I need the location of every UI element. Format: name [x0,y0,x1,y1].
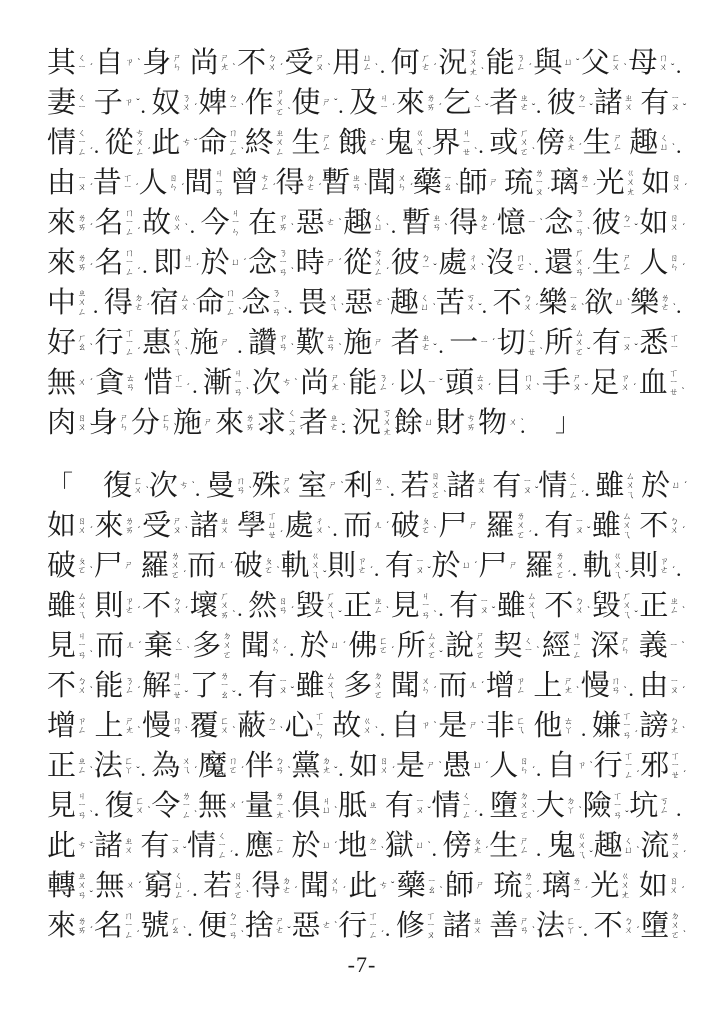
hanzi: 破 [47,552,76,581]
punctuation: . [676,55,687,83]
tone-mark: ˋ [590,762,593,772]
char-cell: 趣ㄑㄩˋ [629,123,676,163]
tone-mark: ˋ [90,344,93,354]
zhuyin-letter: ㄨ [78,686,87,696]
char-cell: 令ㄌㄧㄥˋ [151,786,198,826]
hanzi: 多 [192,632,221,661]
zhuyin-letter: ㄞ [220,611,229,621]
punctuation: . [676,558,687,586]
zhuyin-annotation: ㄐㄧㄢˋ [421,592,431,621]
zhuyin-letter: ㄜ [322,921,331,931]
hanzi: 師 [458,169,487,198]
zhuyin-annotation: ㄦˊ [468,681,478,691]
char-cell: 及ㄐㄧˊ [349,83,396,123]
zhuyin-annotation: ㄏㄨㄟˇ [326,592,336,621]
zhuyin-annotation: ㄕㄥ [519,837,529,856]
hanzi: 婢 [198,89,227,118]
zhuyin-letter: ㄨ [182,103,191,113]
zhuyin-annotation: ㄇㄢˋ [236,477,246,496]
zhuyin-letter: ㄞ [78,263,87,273]
zhuyin-letter: ㄧ [577,103,586,113]
tone-mark: ˊ [381,931,384,941]
quote-bracket: 」 [555,410,587,436]
zhuyin-letter: ㄨ [659,63,668,73]
zhuyin-letter: ㄞ [246,423,255,433]
tone-mark: ˊ [90,148,93,158]
tone-mark: ˇ [535,487,538,497]
hanzi: 慢 [142,712,171,741]
hanzi: 魔 [198,752,227,781]
zhuyin-annotation: ㄗˋ [577,761,587,771]
zhuyin-annotation: ㄕ [475,881,485,891]
tone-mark: ˇ [391,882,394,892]
char-cell: 母ㄇㄨˇ [628,43,676,83]
tone-mark: ˋ [327,527,330,537]
zhuyin-annotation: ㄗˋ [125,58,135,68]
hanzi: 於 [291,832,320,861]
hanzi: 有 [140,832,169,861]
tone-mark: ˋ [238,308,241,318]
char-cell: 餓ㄜˋ [338,123,385,163]
char-cell: 人ㄖㄣˊ [489,746,536,786]
hanzi: 者 [299,409,328,438]
zhuyin-annotation: ㄒㄧㄥˊ [368,912,378,941]
zhuyin-letter: ㄤ [275,811,284,821]
text-line: 來ㄌㄞˊ名ㄇㄧㄥˊ.即ㄐㄧˊ於ㄩˊ念ㄋㄧㄢˋ時ㄕˊ從ㄘㄨㄥˊ彼ㄅㄧˇ處ㄔㄨˋ沒ㄇ… [47,243,687,283]
char-cell: 足ㄗㄨˊ [590,363,638,403]
paragraph: 其ㄑㄧˊ自ㄗˋ身ㄕㄣ尚ㄕㄤˋ不ㄅㄨˊ受ㄕㄡˋ用ㄩㄥˋ.何ㄏㄜˊ況ㄎㄨㄤˋ能ㄋㄥˊ… [47,43,687,443]
zhuyin-letter: ㄨ [124,846,133,856]
zhuyin-letter: ㄧ [580,183,589,193]
char-cell: 伴ㄅㄢˋ [245,746,292,786]
tone-mark: ˊ [90,224,93,234]
tone-mark: ˋ [338,344,341,354]
tone-mark: ˊ [230,851,233,861]
tone-mark: ˇ [635,344,638,354]
tone-mark: ˋ [455,184,458,194]
hanzi: 念 [248,249,277,278]
zhuyin-letter: ㄢ [279,343,288,353]
char-cell: 子ㄗˇ [94,83,141,123]
tone-mark: ˋ [532,811,535,821]
zhuyin-letter: ㄞ [78,223,87,233]
hanzi: 邪 [640,752,669,781]
tone-mark: ˋ [375,727,378,737]
hanzi: 此 [47,832,76,861]
hanzi: 棄 [144,632,173,661]
tone-mark: ˇ [323,571,326,581]
char-cell: 義ㄧˋ [639,626,687,666]
punctuation: . [187,918,198,946]
zhuyin-annotation: ㄘㄨㄥˊ [135,129,145,158]
hanzi: 行 [338,912,367,941]
char-cell: 墮ㄉㄨㄛˋ [640,906,687,946]
zhuyin-letter: ㄢ [173,726,182,736]
zhuyin-letter: ㄗ [577,761,586,771]
hanzi: 施 [173,409,202,438]
zhuyin-letter: ㄢ [326,343,335,353]
hanzi: 毀 [592,592,621,621]
zhuyin-annotation: ㄏㄨㄛˋ [519,129,529,158]
zhuyin-letter: ㄥ [520,846,529,856]
tone-mark: ˇ [427,148,430,158]
char-cell: 不ㄅㄨˊ [493,283,539,323]
zhuyin-annotation: ㄖㄨㄛˋ [233,872,243,901]
zhuyin-annotation: ㄓㄢˋ [432,214,442,233]
zhuyin-letter: ㄥ [670,606,679,616]
zhuyin-annotation: ㄑㄧˋ [174,637,184,656]
hanzi: 軌 [280,552,309,581]
zhuyin-letter: ㄦ [469,681,478,691]
zhuyin-annotation: ㄉㄨㄛˋ [670,912,680,941]
hanzi: 暫 [402,209,431,238]
hanzi: 無 [47,369,76,398]
zhuyin-letter: ㄟ [577,851,586,861]
char-cell: 諸ㄓㄨ [443,906,490,946]
hanzi: 何 [391,49,420,78]
hanzi: 雖 [592,512,621,541]
tone-mark: ˋ [137,59,140,69]
zhuyin-letter: ㄛ [431,491,440,501]
hanzi: 生 [583,129,612,158]
zhuyin-annotation: ㄔㄨˋ [468,254,478,273]
punctuation: . [234,838,245,866]
hanzi: 足 [590,369,619,398]
zhuyin-annotation: ㄓㄜˇ [519,94,529,113]
punctuation: . [536,758,547,786]
zhuyin-annotation: ㄏㄨㄞˋ [220,592,230,621]
zhuyin-letter: ㄟ [182,766,191,776]
zhuyin-letter: ㄨ [575,606,584,616]
zhuyin-annotation: ㄆㄛˋ [264,557,274,576]
tone-mark: ˇ [439,651,442,661]
zhuyin-annotation: ㄇㄛˊ [228,757,238,776]
hanzi: 然 [248,592,277,621]
zhuyin-letter: ㄡ [415,566,424,576]
zhuyin-letter: ㄝ [527,348,536,358]
zhuyin-annotation: ㄆㄤˊ [473,837,483,856]
zhuyin-letter: ㄟ [613,571,622,581]
hanzi: 殊 [252,472,281,501]
tone-mark: ˊ [318,184,321,194]
hanzi: 是 [438,712,467,741]
tone-mark: ˋ [343,384,346,394]
char-cell: 念ㄋㄧㄢˋ [241,283,287,323]
char-cell: 惡ㄜˋ [344,283,390,323]
zhuyin-letter: ㄛ [427,651,436,661]
zhuyin-annotation: ㄈㄨˋ [220,717,230,736]
char-cell: 情ㄑㄧㄥˊ [47,123,94,163]
zhuyin-annotation: ㄏㄨㄟˇ [622,592,632,621]
tone-mark: ˊ [410,184,413,194]
char-cell: 或ㄏㄨㄛˋ [489,123,536,163]
zhuyin-letter: ㄟ [622,611,631,621]
zhuyin-letter: ㄤ [322,766,331,776]
char-cell: 者ㄓㄜˇ [391,323,439,363]
zhuyin-annotation: ㄌㄞˊ [426,94,436,113]
zhuyin-letter: ㄩ [231,258,240,268]
char-cell: 復ㄈㄨˋ [103,466,149,506]
zhuyin-letter: ㄧ [78,63,87,73]
char-cell: 物ㄨˋ [478,403,520,443]
hanzi: 人 [489,752,518,781]
zhuyin-annotation: ㄕˋ [426,761,436,771]
tone-mark: ˋ [90,567,93,577]
hanzi: 覆 [190,712,219,741]
char-cell: 暫ㄓㄢˋ [402,203,450,243]
hanzi: 不 [594,912,623,941]
zhuyin-letter: ㄕ [426,761,435,771]
tone-mark: ˊ [181,184,184,194]
zhuyin-annotation: ㄗˇ [124,98,134,108]
char-cell: 鬼ㄍㄨㄟˇ [385,123,432,163]
char-cell: 手ㄕㄡˇ [542,363,590,403]
tone-mark: ˋ [375,64,378,74]
char-cell: 增ㄗㄥ [486,666,534,706]
zhuyin-annotation: ㄕㄨ [282,477,292,496]
char-cell: 雖ㄙㄨㄟ [47,586,95,626]
hanzi: 能 [95,672,124,701]
zhuyin-annotation: ㄇㄨˇ [658,54,668,73]
zhuyin-letter: ㄛ [78,566,87,576]
char-cell: 破ㄆㄛˋ [47,546,94,586]
tone-mark: ˇ [590,851,593,861]
zhuyin-annotation: ㄅㄧˋ [267,717,277,736]
hanzi: 如 [639,209,668,238]
zhuyin-annotation: ㄋㄥˊ [125,677,135,696]
tone-mark: ˋ [481,68,484,78]
hanzi: 憶 [497,209,526,238]
zhuyin-annotation: ㄧㄡˇ [574,517,584,536]
hanzi: 求 [257,409,286,438]
zhuyin-annotation: ㄉㄚˋ [566,797,576,816]
zhuyin-letter: ㄣ [330,886,339,896]
tone-mark: ˊ [636,927,639,937]
char-cell: 黨ㄉㄤˇ [291,746,338,786]
zhuyin-letter: ㄥ [226,308,235,318]
zhuyin-letter: ㄨ [469,263,478,273]
char-cell: 分ㄈㄣˋ [131,403,173,443]
char-cell: 復ㄈㄨˋ [105,786,152,826]
hanzi: 生 [489,832,518,861]
hanzi: 不 [544,592,573,621]
char-cell: 法ㄈㄚˇ [94,746,141,786]
char-cell: 有ㄧㄡˇ [640,83,687,123]
zhuyin-letter: ㄥ [124,931,133,941]
char-cell: 命ㄇㄧㄥˋ [196,283,242,323]
char-cell: 來ㄌㄞˊ [215,403,257,443]
zhuyin-letter: ㄛ [229,766,238,776]
zhuyin-annotation: ㄐㄧㄝˋ [462,129,472,158]
char-cell: 見ㄐㄧㄢˋ [391,586,439,626]
char-cell: 流ㄌㄧㄡˊ [640,826,687,866]
zhuyin-annotation: ㄍㄨㄤ [620,872,630,901]
zhuyin-letter: ㄨ [621,383,630,393]
char-cell: 諸ㄓㄨ [94,826,141,866]
tone-mark: ˊ [90,264,93,274]
zhuyin-letter: ㄨ [134,486,143,496]
zhuyin-annotation: ㄅㄢˋ [275,757,285,776]
char-cell: 故ㄍㄨˋ [142,203,190,243]
zhuyin-letter: ㄢ [78,811,87,821]
hanzi: 室 [298,472,327,501]
char-cell: 師ㄕ [458,163,504,203]
hanzi: 他 [533,712,562,741]
tone-mark: ˊ [137,687,140,697]
char-cell: 室ㄕˋ [298,466,344,506]
tone-mark: ˊ [185,607,188,617]
hanzi: 終 [245,129,274,158]
tone-mark: ˇ [334,99,337,109]
zhuyin-annotation: ㄏㄠˋ [77,334,87,353]
zhuyin-annotation: ㄨˊ [125,881,135,891]
zhuyin-letter: ㄜ [125,606,134,616]
char-cell: 上ㄕㄤˋ [533,666,581,706]
tone-mark: ˋ [291,268,294,278]
zhuyin-annotation: ㄊㄡˊ [475,374,485,393]
hanzi: 得 [449,209,478,238]
hanzi: 作 [245,89,274,118]
zhuyin-letter: ㄥ [125,348,134,358]
zhuyin-annotation: ㄧㄠˋ [568,294,578,313]
hanzi: 雖 [497,592,526,621]
zhuyin-annotation: ㄩˇ [563,58,573,68]
zhuyin-letter: ㄢ [520,926,529,936]
tone-mark: ˋ [340,482,343,492]
zhuyin-letter: ㄕ [469,721,478,731]
hanzi: 應 [245,832,274,861]
zhuyin-annotation: ㄕㄡˇ [572,374,582,393]
tone-mark: ˇ [194,139,197,149]
hanzi: 況 [352,409,381,438]
zhuyin-letter: ㄧ [369,846,378,856]
hanzi: 中 [47,289,76,318]
zhuyin-annotation: ㄐㄧˊ [379,94,389,113]
tone-mark: ˊ [135,184,138,194]
zhuyin-annotation: ㄈㄟ [516,717,526,736]
zhuyin-letter: ㄧ [572,886,581,896]
zhuyin-letter: ㄞ [467,423,476,433]
zhuyin-letter: ㄢ [575,228,584,238]
zhuyin-letter: ㄜ [660,566,669,576]
hanzi: 則 [629,552,658,581]
hanzi: 如 [641,169,670,198]
hanzi: 上 [533,672,562,701]
zhuyin-annotation: ㄒㄧˊ [174,374,184,393]
char-cell: 增ㄗㄥ [47,706,95,746]
zhuyin-letter: ㄘ [182,138,191,148]
zhuyin-annotation: ㄦˊ [125,641,135,651]
char-cell: 諸ㄓㄨ [594,83,641,123]
punctuation: . [93,295,104,323]
tone-mark: ˊ [683,771,686,781]
tone-mark: ˋ [137,727,140,737]
tone-mark: ˊ [258,424,261,434]
char-cell: 能ㄋㄥˊ [95,666,143,706]
zhuyin-letter: ㄠ [220,691,229,701]
tone-mark: ˊ [137,228,140,238]
zhuyin-letter: ㄚ [564,726,573,736]
zhuyin-letter: ㄨ [220,726,229,736]
zhuyin-letter: ㄛ [379,646,388,656]
zhuyin-letter: ㄩ [322,841,331,851]
hanzi: 不 [237,49,266,78]
zhuyin-annotation: ㄈㄨˋ [133,477,143,496]
tone-mark: ˊ [370,567,373,577]
tone-mark: ˊ [294,887,297,897]
punctuation: . [391,215,402,243]
tone-mark: ˋ [280,727,283,737]
punctuation: . [338,95,349,123]
tone-mark: ˊ [547,188,550,198]
tone-mark: ˊ [683,851,686,861]
zhuyin-annotation: ㄨㄣˊ [330,877,340,896]
char-cell: 殊ㄕㄨ [252,466,298,506]
tone-mark: ˇ [579,927,582,937]
zhuyin-annotation: ㄒㄧㄡ [426,912,436,941]
tone-mark: ˇ [485,104,488,114]
zhuyin-letter: ㄨ [669,886,678,896]
zhuyin-annotation: ㄑㄧˇ [473,94,483,113]
char-cell: 父ㄈㄨˋ [581,43,629,83]
char-cell: 不ㄅㄨˊ [639,506,687,546]
char-cell: 惡ㄜˋ [291,906,338,946]
zhuyin-letter: ㄧ [473,103,482,113]
char-cell: 不ㄅㄨˋ [544,586,592,626]
zhuyin-annotation: ㄕㄢˋ [519,917,529,936]
zhuyin-annotation: ㄒㄧㄝˋ [669,369,679,398]
hanzi: 受 [285,49,314,78]
hanzi: 師 [445,872,474,901]
punctuation: . [676,798,687,826]
hanzi: 有 [592,329,621,358]
char-cell: 施ㄕ [173,403,215,443]
hanzi: 佛 [348,632,377,661]
zhuyin-annotation: ㄓㄥˋ [669,597,679,616]
zhuyin-letter: ㄢ [279,606,288,616]
hanzi: 無 [198,792,227,821]
hanzi: 尚 [300,369,329,398]
char-cell: 聞ㄨㄣˊ [391,666,439,706]
hanzi: 惠 [142,329,171,358]
zhuyin-annotation: ㄩˊ [330,641,340,651]
zhuyin-annotation: ㄐㄧㄢˋ [233,369,243,398]
tone-mark: ˋ [276,567,279,577]
zhuyin-letter: ㄧ [184,263,193,273]
char-cell: 了ㄌㄧㄠˇ [190,666,238,706]
zhuyin-letter: ㄧ [622,223,631,233]
tone-mark: ˋ [536,647,539,657]
zhuyin-letter: ㄣ [173,63,182,73]
char-cell: 如ㄖㄨˊ [639,203,687,243]
punctuation: . [533,255,544,283]
hanzi: 有 [385,792,414,821]
char-cell: 不ㄅㄨˊ [237,43,285,83]
zhuyin-letter: ㄥ [572,651,581,661]
zhuyin-annotation: ㄑㄧˋ [524,637,534,656]
char-cell: 終ㄓㄨㄥ [245,123,292,163]
zhuyin-annotation: ㄓㄢˋ [351,174,361,193]
zhuyin-letter: ㄨ [509,418,518,428]
zhuyin-letter: ㄟ [527,611,536,621]
hanzi: 自 [391,712,420,741]
tone-mark: ˊ [334,842,337,852]
zhuyin-annotation: ㄓㄨ [124,837,134,856]
zhuyin-letter: ㄦ [126,641,135,651]
zhuyin-annotation: ㄐㄧㄣ [231,209,241,238]
zhuyin-letter: ㄛ [520,811,529,821]
tone-mark: ˇ [532,104,535,114]
